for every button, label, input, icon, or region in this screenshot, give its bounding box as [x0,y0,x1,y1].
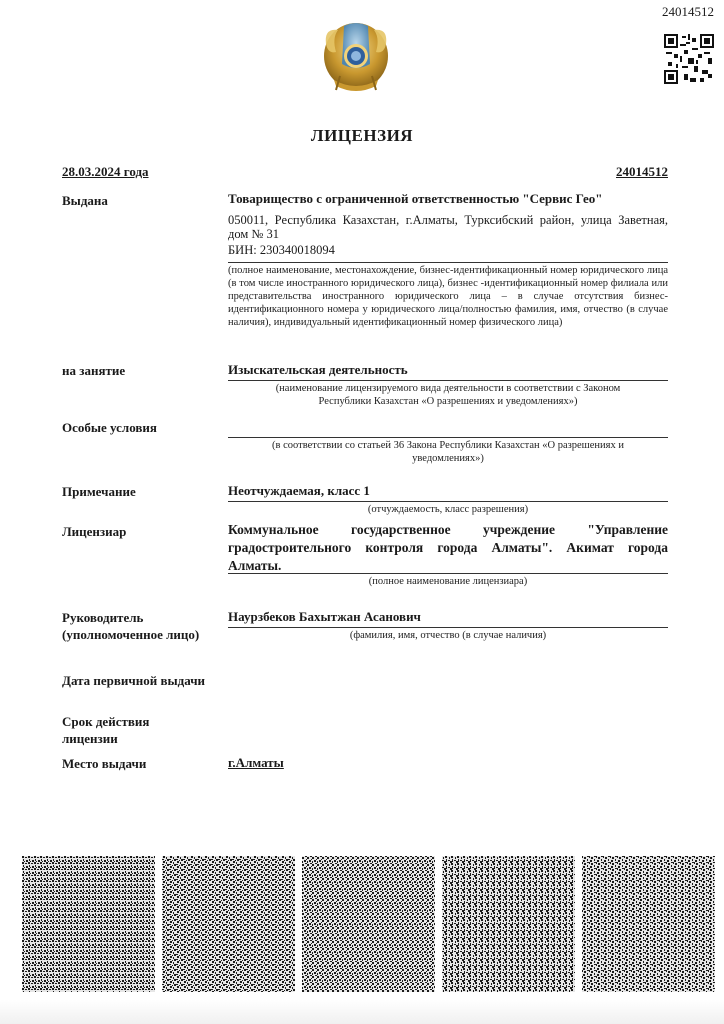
place-value: г.Алматы [228,755,284,771]
qr-code-strip [22,856,722,992]
issued-to-hint: (полное наименование, местонахождение, б… [228,264,668,329]
licensor-value: Коммунальное государственное учреждение … [228,521,668,575]
state-emblem-icon [322,20,390,96]
qr-code-icon [442,856,575,992]
first-issue-date-label: Дата первичной выдачи [62,672,205,689]
document-number-top: 24014512 [662,4,714,20]
issued-to-name: Товарищество с ограниченной ответственно… [228,190,668,208]
licensor-label: Лицензиар [62,523,126,540]
qr-code-icon [22,856,155,992]
special-conditions-rule [228,437,668,438]
issued-to-label: Выдана [62,192,108,209]
validity-label: Срок действия лицензии [62,713,172,747]
qr-code-icon [582,856,715,992]
issued-to-bin: БИН: 230340018094 [228,242,668,258]
note-label: Примечание [62,483,136,500]
special-conditions-label: Особые условия [62,419,157,436]
head-value: Наурзбеков Бахытжан Асанович [228,608,668,626]
activity-value: Изыскательская деятельность [228,361,668,379]
special-conditions-hint: (в соответствии со статьей 36 Закона Рес… [228,439,668,465]
qr-code-icon [302,856,435,992]
page-bottom-edge [0,1000,724,1024]
activity-rule [228,380,668,381]
note-value: Неотчуждаемая, класс 1 [228,482,668,500]
qr-code-icon [162,856,295,992]
licensor-hint: (полное наименование лицензиара) [228,575,668,588]
head-hint: (фамилия, имя, отчество (в случае наличи… [228,629,668,642]
activity-hint: (наименование лицензируемого вида деятел… [228,382,668,408]
note-rule [228,501,668,502]
issued-to-address-line2: дом № 31 [228,226,668,242]
qr-code-icon [664,34,714,84]
license-number: 24014512 [616,164,668,180]
head-rule [228,627,668,628]
activity-label: на занятие [62,362,125,379]
issue-date: 28.03.2024 года [62,164,149,180]
place-label: Место выдачи [62,755,146,772]
document-title: ЛИЦЕНЗИЯ [0,126,724,146]
head-label: Руководитель (уполномоченное лицо) [62,609,222,643]
issued-to-rule [228,262,668,263]
note-hint: (отчуждаемость, класс разрешения) [228,503,668,516]
licensor-rule [228,573,668,574]
issued-to-block: Товарищество с ограниченной ответственно… [228,190,668,228]
